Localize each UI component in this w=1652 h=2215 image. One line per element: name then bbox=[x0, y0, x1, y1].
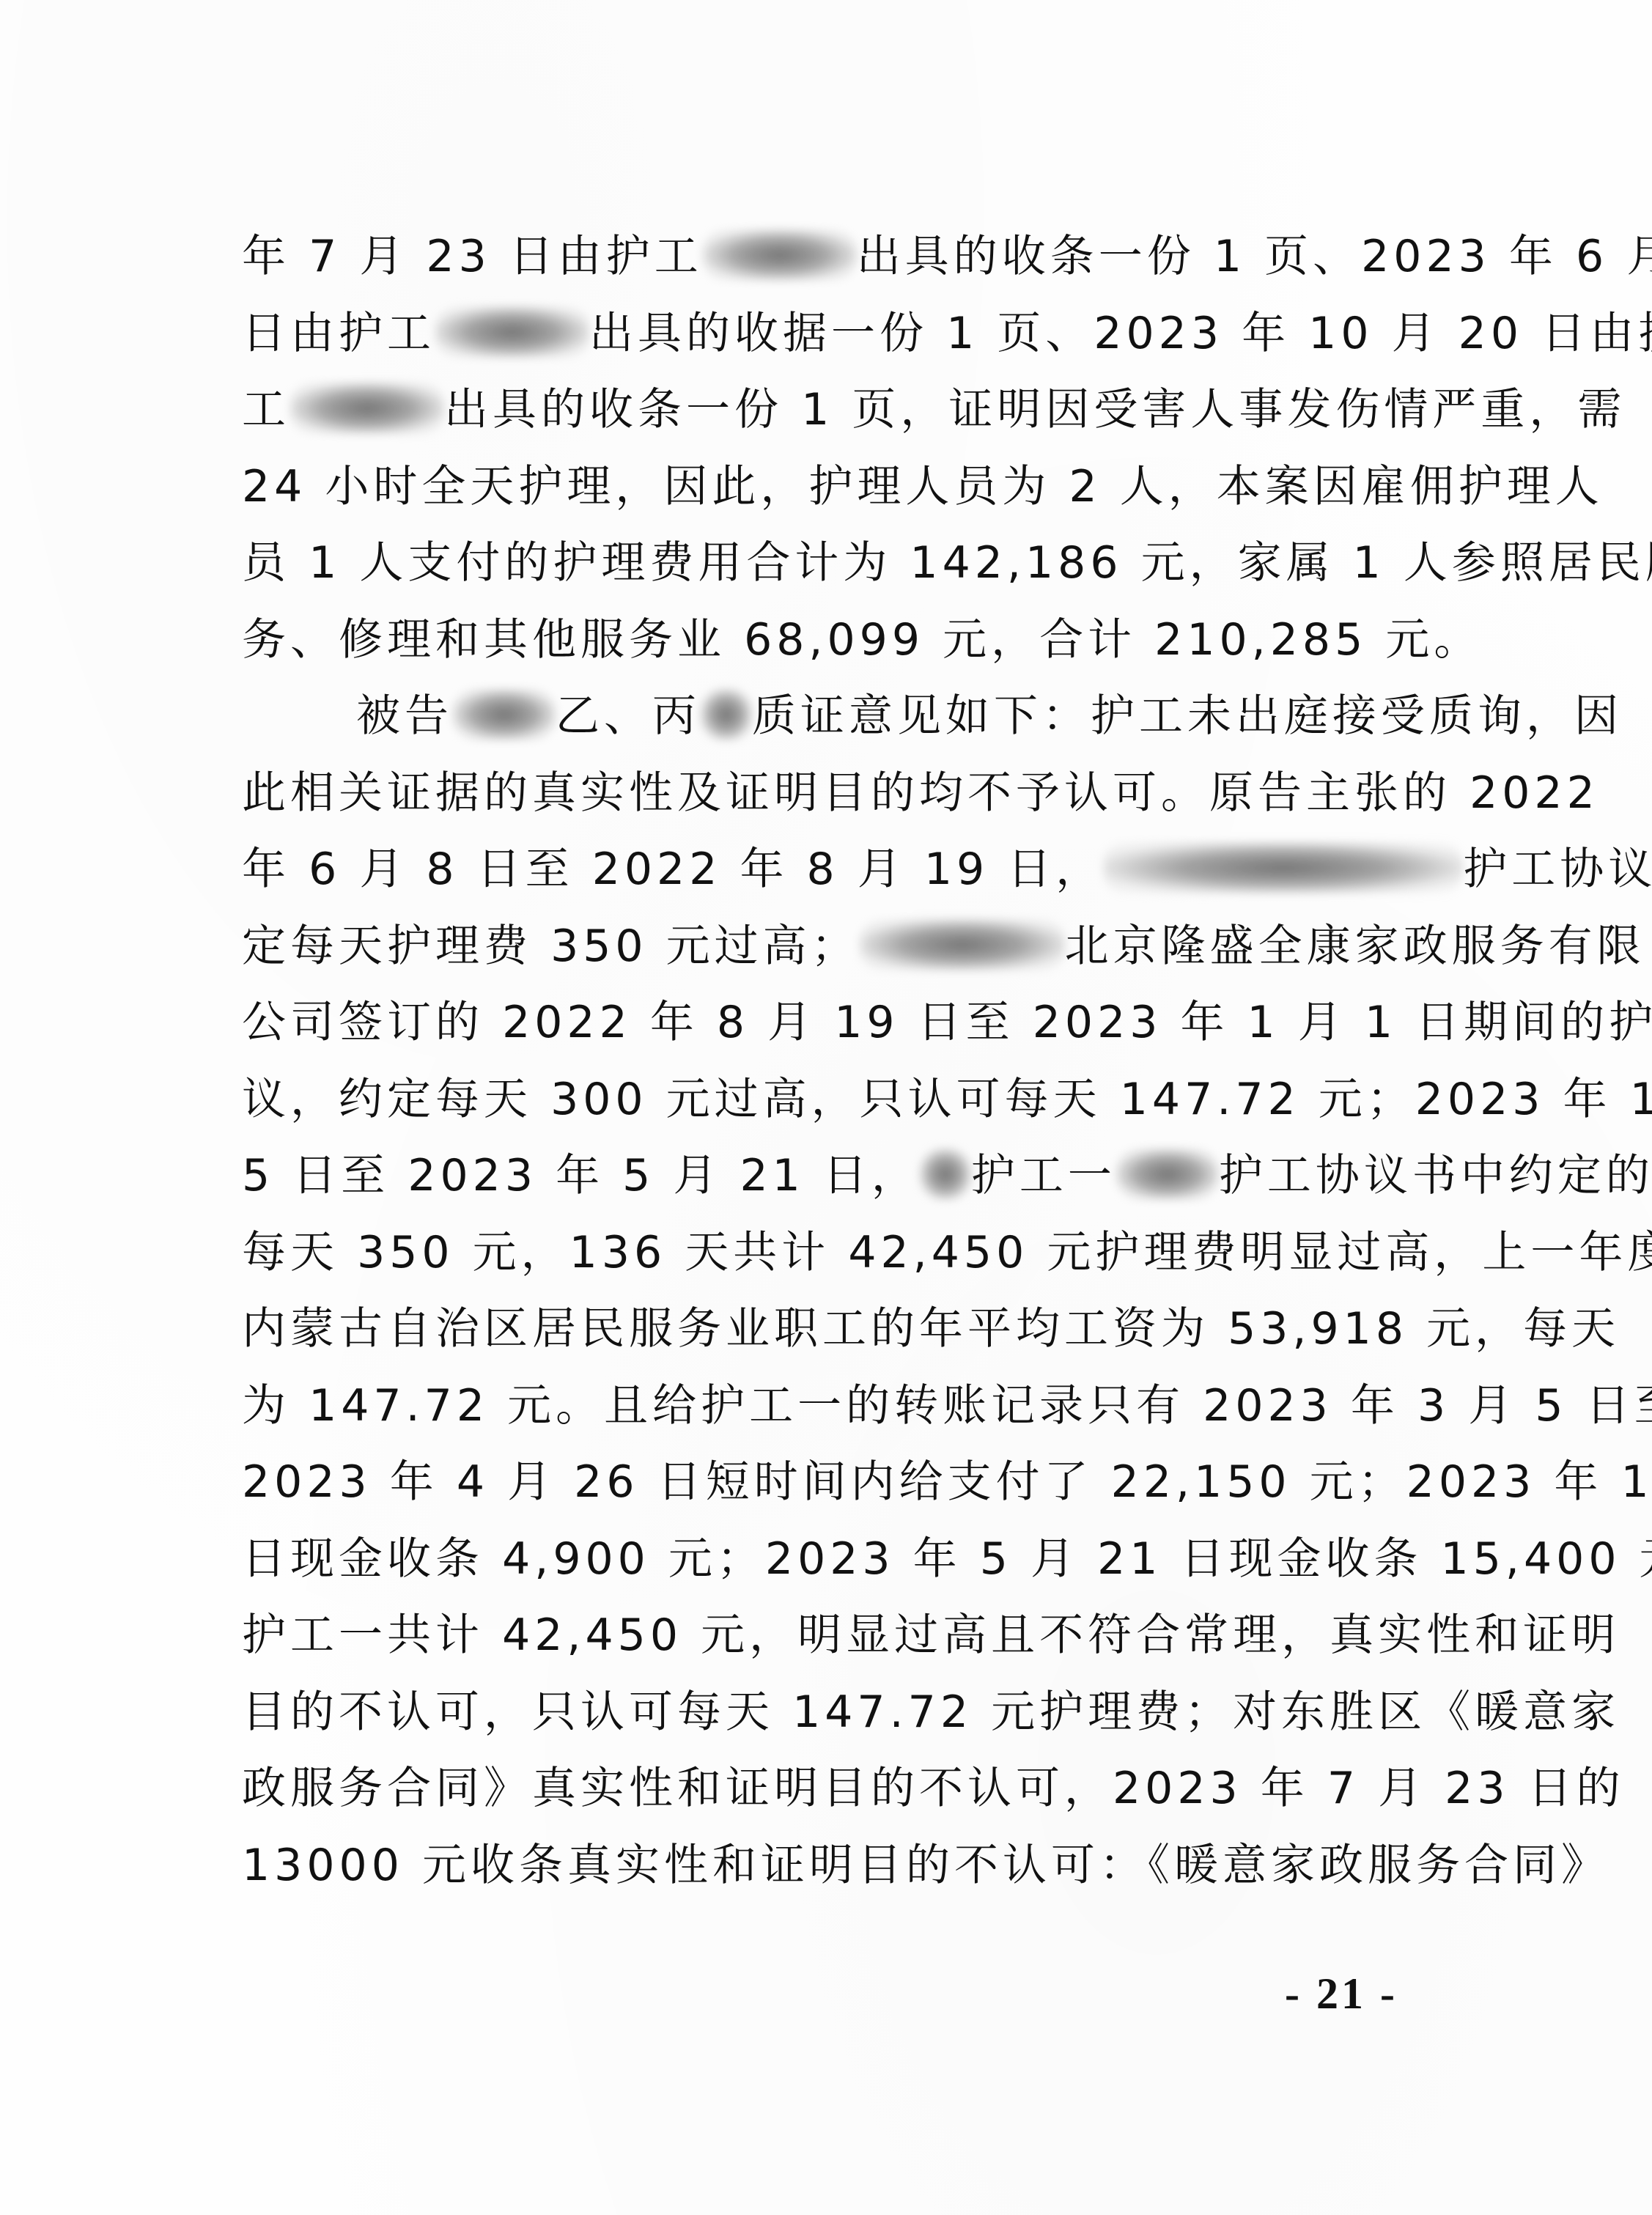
text-segment: 出具的收据一份 1 页、2023 年 10 月 20 日由护 bbox=[589, 308, 1652, 359]
pseudonym-label: 护工一 bbox=[242, 1610, 387, 1659]
text-segment: 为 147.72 元。且给 bbox=[242, 1380, 701, 1431]
redacted-name-blur bbox=[920, 1149, 971, 1200]
text-segment: 年 7 月 23 日由护工 bbox=[242, 231, 703, 282]
text-line: 24 小时全天护理，因此，护理人员为 2 人，本案因雇佣护理人 bbox=[242, 450, 1398, 523]
redacted-name-blur bbox=[701, 689, 752, 740]
text-segment: 务、修理和其他服务业 68,099 元，合计 210,285 元。 bbox=[242, 614, 1482, 666]
text-line: 目的不认可，只认可每天 147.72 元护理费；对东胜区《暖意家 bbox=[242, 1676, 1398, 1749]
page-number: - 21 - bbox=[1275, 1964, 1407, 2023]
scanned-page: 年 7 月 23 日由护工出具的收条一份 1 页、2023 年 6 月 2日由护… bbox=[0, 0, 1652, 2215]
text-line: 5 日至 2023 年 5 月 21 日，护工一护工协议书中约定的 bbox=[242, 1139, 1398, 1212]
text-segment: 工 bbox=[242, 384, 290, 435]
text-segment: 议，约定每天 300 元过高，只认可每天 147.72 元；2023 年 1 月 bbox=[242, 1074, 1652, 1125]
text-segment: 13000 元收条真实性和证明目的不认可：《暖意家政服务合同》 bbox=[242, 1840, 1609, 1891]
text-line: 议，约定每天 300 元过高，只认可每天 147.72 元；2023 年 1 月 bbox=[242, 1063, 1398, 1136]
text-segment: 出具的收条一份 1 页，证明因受害人事发伤情严重，需 bbox=[444, 384, 1626, 435]
text-segment: 政服务合同》真实性和证明目的不认可，2023 年 7 月 23 日的 bbox=[242, 1763, 1625, 1814]
text-segment: 质证意见如下：护工未出庭接受质询，因 bbox=[752, 690, 1623, 742]
text-line: 公司签订的 2022 年 8 月 19 日至 2023 年 1 月 1 日期间的… bbox=[242, 986, 1398, 1059]
redacted-name-blur bbox=[453, 689, 556, 740]
text-segment: 北京隆盛全康家政服务有限 bbox=[1065, 921, 1645, 972]
paragraph-first-line: 被告乙、丙质证意见如下：护工未出庭接受质询，因 bbox=[356, 679, 1398, 753]
text-line: 务、修理和其他服务业 68,099 元，合计 210,285 元。 bbox=[242, 603, 1398, 677]
text-line: 员 1 人支付的护理费用合计为 142,186 元，家属 1 人参照居民服 bbox=[242, 526, 1398, 600]
text-line: 此相关证据的真实性及证明目的均不予认可。原告主张的 2022 bbox=[242, 756, 1398, 830]
text-line: 为 147.72 元。且给护工一的转账记录只有 2023 年 3 月 5 日至 bbox=[242, 1369, 1398, 1442]
redacted-name-blur bbox=[1116, 1149, 1219, 1200]
text-line: 政服务合同》真实性和证明目的不认可，2023 年 7 月 23 日的 bbox=[242, 1752, 1398, 1825]
text-line: 日由护工出具的收据一份 1 页、2023 年 10 月 20 日由护 bbox=[242, 297, 1398, 370]
text-segment: 被告 bbox=[356, 690, 453, 742]
pseudonym-label: 乙、丙 bbox=[556, 691, 701, 740]
redacted-name-blur bbox=[703, 229, 857, 281]
text-segment: 定每天护理费 350 元过高； bbox=[242, 921, 860, 972]
text-segment: 内蒙古自治区居民服务业职工的年平均工资为 53,918 元，每天 bbox=[242, 1303, 1620, 1355]
text-line: 工出具的收条一份 1 页，证明因受害人事发伤情严重，需 bbox=[242, 373, 1398, 446]
text-segment: 公司签订的 2022 年 8 月 19 日至 2023 年 1 月 1 日期间的… bbox=[242, 997, 1652, 1048]
text-line: 2023 年 4 月 26 日短时间内给支付了 22,150 元；2023 年 … bbox=[242, 1445, 1398, 1519]
redacted-name-blur bbox=[435, 306, 589, 358]
text-line: 定每天护理费 350 元过高；北京隆盛全康家政服务有限 bbox=[242, 910, 1398, 983]
text-line: 年 6 月 8 日至 2022 年 8 月 19 日，护工协议中约 bbox=[242, 833, 1398, 906]
text-segment: 出具的收条一份 1 页、2023 年 6 月 2 bbox=[857, 231, 1652, 282]
pseudonym-label: 护工一 bbox=[701, 1381, 846, 1430]
redacted-name-blur bbox=[1104, 842, 1463, 893]
text-segment: 年 6 月 8 日至 2022 年 8 月 19 日， bbox=[242, 844, 1104, 895]
text-segment: 5 日至 2023 年 5 月 21 日， bbox=[242, 1150, 920, 1201]
text-line: 年 7 月 23 日由护工出具的收条一份 1 页、2023 年 6 月 2 bbox=[242, 220, 1398, 293]
text-segment: 每天 350 元，136 天共计 42,450 元护理费明显过高，上一年度 bbox=[242, 1227, 1652, 1278]
text-segment: 目的不认可，只认可每天 147.72 元护理费；对东胜区《暖意家 bbox=[242, 1687, 1620, 1738]
redacted-name-blur bbox=[290, 383, 444, 434]
text-line: 内蒙古自治区居民服务业职工的年平均工资为 53,918 元，每天 bbox=[242, 1292, 1398, 1366]
text-line: 护工一共计 42,450 元，明显过高且不符合常理，真实性和证明 bbox=[242, 1599, 1398, 1672]
text-segment: 护工协议书中约定的 bbox=[1219, 1150, 1652, 1201]
text-segment: 员 1 人支付的护理费用合计为 142,186 元，家属 1 人参照居民服 bbox=[242, 537, 1652, 589]
text-line: 13000 元收条真实性和证明目的不认可：《暖意家政服务合同》 bbox=[242, 1829, 1398, 1902]
text-segment: 此相关证据的真实性及证明目的均不予认可。原告主张的 2022 bbox=[242, 767, 1599, 819]
text-segment: 共计 42,450 元，明显过高且不符合常理，真实性和证明 bbox=[387, 1610, 1620, 1661]
text-segment: 日由护工 bbox=[242, 308, 435, 359]
text-segment: 24 小时全天护理，因此，护理人员为 2 人，本案因雇佣护理人 bbox=[242, 461, 1604, 512]
pseudonym-label: 护工一 bbox=[971, 1151, 1116, 1200]
text-line: 每天 350 元，136 天共计 42,450 元护理费明显过高，上一年度 bbox=[242, 1216, 1398, 1289]
text-segment: 2023 年 4 月 26 日短时间内给支付了 22,150 元；2023 年 … bbox=[242, 1456, 1652, 1508]
text-segment: 的转账记录只有 2023 年 3 月 5 日至 bbox=[846, 1380, 1652, 1431]
redacted-name-blur bbox=[860, 919, 1065, 970]
text-line: 日现金收条 4,900 元；2023 年 5 月 21 日现金收条 15,400… bbox=[242, 1522, 1398, 1596]
text-segment: 日现金收条 4,900 元；2023 年 5 月 21 日现金收条 15,400… bbox=[242, 1533, 1652, 1585]
text-segment: 护工协议中约 bbox=[1463, 844, 1652, 895]
